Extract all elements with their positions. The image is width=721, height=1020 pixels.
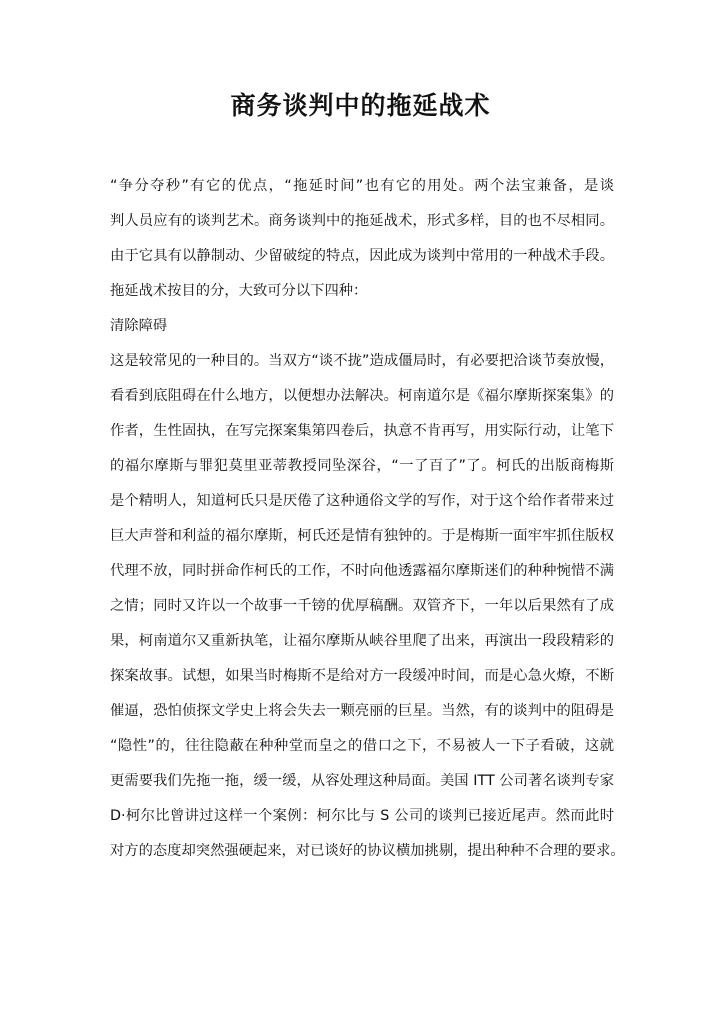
paragraph-line: 拖延战术按目的分，大致可分以下四种： [110,274,614,309]
paragraph-line: 巨大声誉和利益的福尔摩斯，柯氏还是情有独钟的。于是梅斯一面牢牢抓住版权 [110,519,614,554]
paragraph-line: 探案故事。试想，如果当时梅斯不是给对方一段缓冲时间，而是心急火燎，不断 [110,659,614,694]
paragraph-line: 由于它具有以静制动、少留破绽的特点，因此成为谈判中常用的一种战术手段。 [110,239,614,274]
paragraph-line: 判人员应有的谈判艺术。商务谈判中的拖延战术，形式多样，目的也不尽相同。 [110,204,614,239]
paragraph-line: 更需要我们先拖一拖，缓一缓，从容处理这种局面。美国 ITT 公司著名谈判专家 [110,764,614,799]
paragraph-line: D·柯尔比曾讲过这样一个案例：柯尔比与 S 公司的谈判已接近尾声。然而此时 [110,799,614,834]
paragraph-line: 对方的态度却突然强硬起来，对已谈好的协议横加挑剔，提出种种不合理的要求。 [110,834,614,869]
paragraph-line: 是个精明人，知道柯氏只是厌倦了这种通俗文学的写作，对于这个给作者带来过 [110,484,614,519]
paragraph-line: 看看到底阻碍在什么地方，以便想办法解决。柯南道尔是《福尔摩斯探案集》的 [110,379,614,414]
section-heading: 清除障碍 [110,309,614,344]
paragraph-line: 催逼，恐怕侦探文学史上将会失去一颗亮丽的巨星。当然，有的谈判中的阻碍是 [110,694,614,729]
paragraph-line: “争分夺秒”有它的优点，“拖延时间”也有它的用处。两个法宝兼备，是谈 [110,169,614,204]
document-page: 商务谈判中的拖延战术 “争分夺秒”有它的优点，“拖延时间”也有它的用处。两个法宝… [0,0,721,1020]
paragraph-line: 的福尔摩斯与罪犯莫里亚蒂教授同坠深谷，“一了百了”了。柯氏的出版商梅斯 [110,449,614,484]
paragraph-line: 作者，生性固执，在写完探案集第四卷后，执意不肯再写，用实际行动，让笔下 [110,414,614,449]
paragraph-line: “隐性”的，往往隐蔽在种种堂而皇之的借口之下，不易被人一下子看破，这就 [110,729,614,764]
paragraph-line: 这是较常见的一种目的。当双方“谈不拢”造成僵局时，有必要把洽谈节奏放慢， [110,344,614,379]
document-title: 商务谈判中的拖延战术 [0,88,721,124]
paragraph-line: 果，柯南道尔又重新执笔，让福尔摩斯从峡谷里爬了出来，再演出一段段精彩的 [110,624,614,659]
document-body: “争分夺秒”有它的优点，“拖延时间”也有它的用处。两个法宝兼备，是谈 判人员应有… [110,169,614,869]
paragraph-line: 代理不放，同时拼命作柯氏的工作，不时向他透露福尔摩斯迷们的种种惋惜不满 [110,554,614,589]
paragraph-line: 之情；同时又许以一个故事一千镑的优厚稿酬。双管齐下，一年以后果然有了成 [110,589,614,624]
